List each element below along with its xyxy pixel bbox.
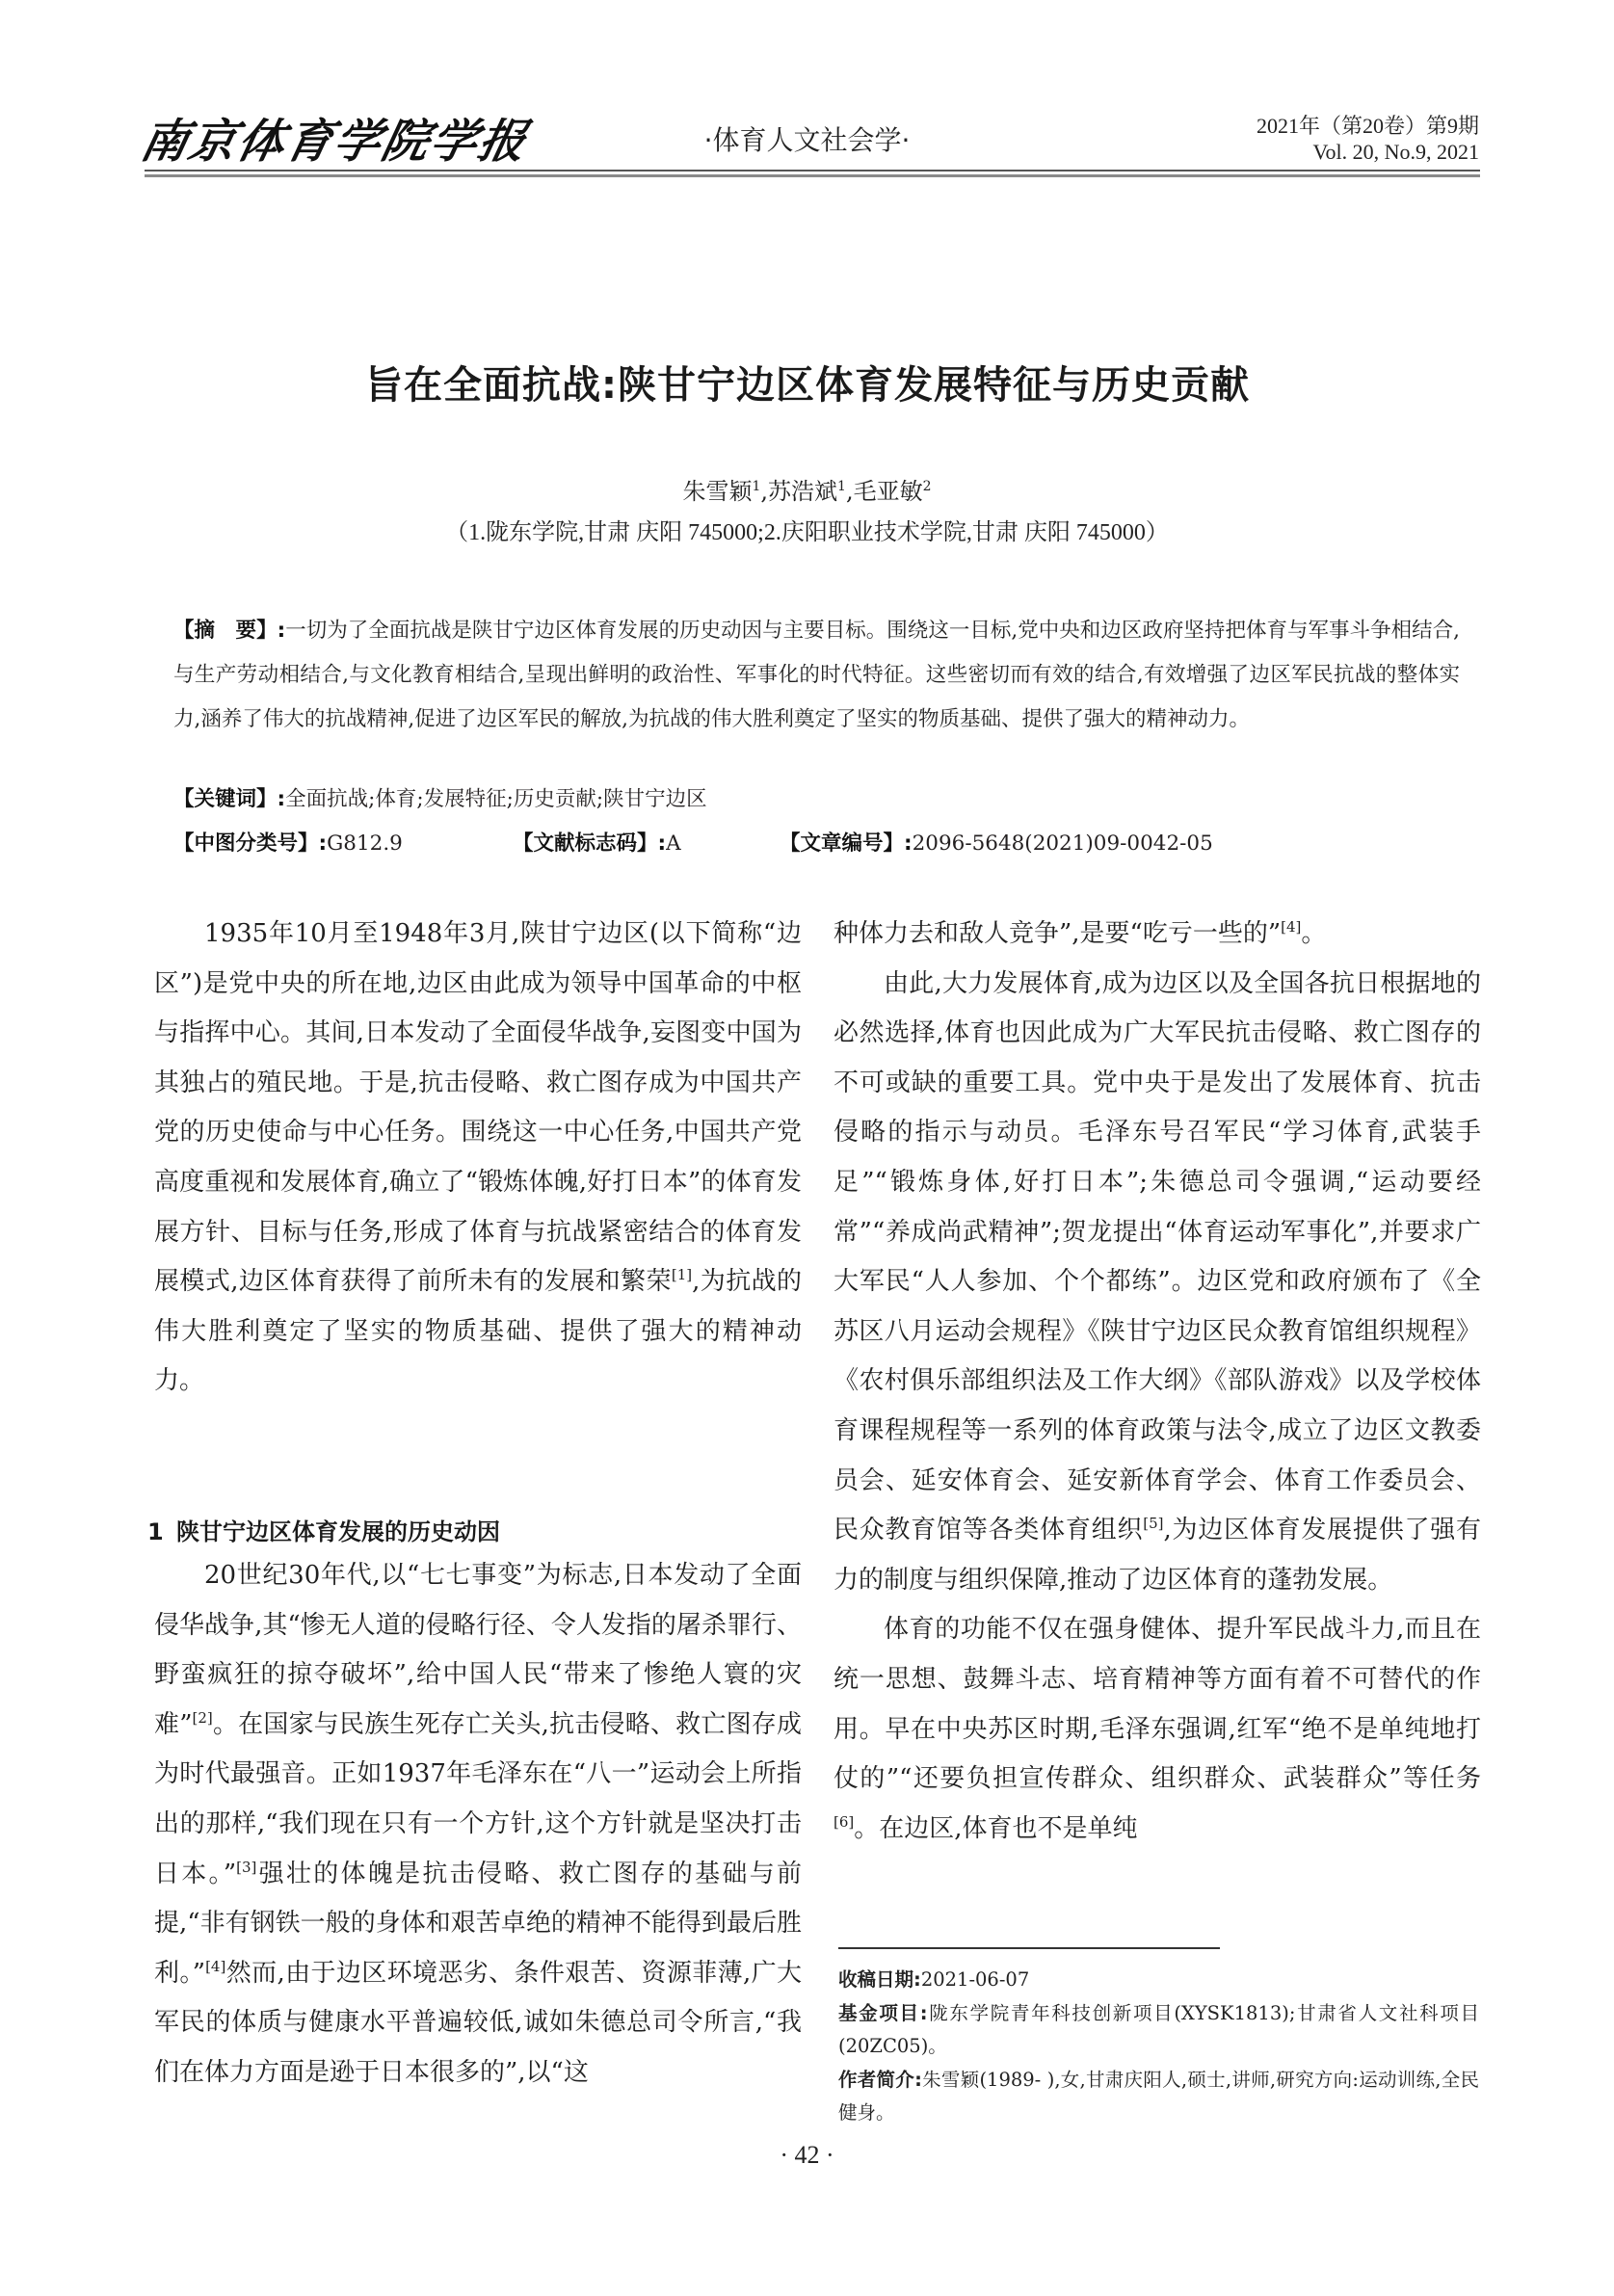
body-left-column-bottom: 20世纪30年代,以“七七事变”为标志,日本发动了全面侵华战争,其“惨无人道的侵… <box>154 1551 802 2098</box>
paragraph-text: 然而,由于边区环境恶劣、条件艰苦、资源菲薄,广大军民的体质与健康水平普遍较低,诚… <box>154 1959 802 2087</box>
keywords-text: 全面抗战;体育;发展特征;历史贡献;陕甘宁边区 <box>285 787 706 811</box>
author-separator: , <box>846 478 854 505</box>
body-paragraph: 20世纪30年代,以“七七事变”为标志,日本发动了全面侵华战争,其“惨无人道的侵… <box>154 1551 802 2098</box>
citation-ref[interactable]: [6] <box>833 1813 854 1831</box>
bio-value: 朱雪颖(1989- ),女,甘肃庆阳人,硕士,讲师,研究方向:运动训练,全民健身… <box>838 2069 1479 2124</box>
paragraph-text: 种体力去和敌人竞争”,是要“吃亏一些的” <box>833 919 1281 948</box>
clc-cell: 【中图分类号】:G812.9 <box>173 827 513 861</box>
citation-ref[interactable]: [2] <box>193 1709 213 1727</box>
author-affil-mark: 2 <box>923 479 932 494</box>
author-name: 毛亚敏 <box>854 478 923 505</box>
body-right-column: 种体力去和敌人竞争”,是要“吃亏一些的”[4]。 由此,大力发展体育,成为边区以… <box>833 910 1481 1854</box>
doc-code-label: 【文献标志码】: <box>513 831 666 856</box>
body-paragraph-continued: 种体力去和敌人竞争”,是要“吃亏一些的”[4]。 <box>833 910 1481 960</box>
paragraph-text: 由此,大力发展体育,成为边区以及全国各抗日根据地的必然选择,体育也因此成为广大军… <box>833 969 1481 1545</box>
doc-code-cell: 【文献标志码】:A <box>513 827 780 861</box>
clc-label: 【中图分类号】: <box>173 831 327 856</box>
paragraph-text: 体育的功能不仅在强身健体、提升军民战斗力,而且在统一思想、鼓舞斗志、培育精神等方… <box>833 1615 1481 1793</box>
issue-info-en: Vol. 20, No.9, 2021 <box>1312 140 1479 165</box>
section-heading: 1陕甘宁边区体育发展的历史动因 <box>147 1513 500 1546</box>
author-affil-mark: 1 <box>837 479 846 494</box>
paragraph-text: 1935年10月至1948年3月,陕甘宁边区(以下简称“边区”)是党中央的所在地… <box>154 919 802 1296</box>
received-label: 收稿日期: <box>838 1968 921 1991</box>
article-no-value: 2096-5648(2021)09-0042-05 <box>913 831 1213 856</box>
paragraph-text: 。在边区,体育也不是单纯 <box>854 1814 1137 1843</box>
section-title: 陕甘宁边区体育发展的历史动因 <box>176 1518 500 1545</box>
journal-logo: 南京体育学院学报 <box>136 104 536 171</box>
keywords-label: 【关键词】: <box>173 787 285 811</box>
author-list: 朱雪颖1,苏浩斌1,毛亚敏2 <box>0 472 1614 506</box>
keywords: 【关键词】:全面抗战;体育;发展特征;历史贡献;陕甘宁边区 <box>173 782 707 817</box>
author-name: 苏浩斌 <box>768 478 837 505</box>
footnote-received: 收稿日期:2021-06-07 <box>838 1964 1479 1997</box>
page-number: · 42 · <box>0 2141 1614 2170</box>
article-no-label: 【文章编号】: <box>780 831 913 856</box>
abstract-text: 一切为了全面抗战是陕甘宁边区体育发展的历史动因与主要目标。围绕这一目标,党中央和… <box>173 619 1460 731</box>
header-rule-bottom <box>145 174 1480 177</box>
body-left-column-top: 1935年10月至1948年3月,陕甘宁边区(以下简称“边区”)是党中央的所在地… <box>154 910 802 1407</box>
header-rule-top <box>145 170 1480 172</box>
body-paragraph: 1935年10月至1948年3月,陕甘宁边区(以下简称“边区”)是党中央的所在地… <box>154 910 802 1407</box>
abstract-label: 【摘 要】: <box>173 619 285 643</box>
citation-ref[interactable]: [4] <box>205 1958 225 1975</box>
abstract: 【摘 要】:一切为了全面抗战是陕甘宁边区体育发展的历史动因与主要目标。围绕这一目… <box>173 609 1460 742</box>
fund-label: 基金项目: <box>838 2002 928 2024</box>
author-name: 朱雪颖 <box>682 478 752 505</box>
footnote-author-bio: 作者简介:朱雪颖(1989- ),女,甘肃庆阳人,硕士,讲师,研究方向:运动训练… <box>838 2064 1479 2130</box>
footnote-divider <box>838 1947 1220 1949</box>
footnote-fund: 基金项目:陇东学院青年科技创新项目(XYSK1813);甘肃省人文社科项目(20… <box>838 1997 1479 2064</box>
body-paragraph: 由此,大力发展体育,成为边区以及全国各抗日根据地的必然选择,体育也因此成为广大军… <box>833 960 1481 1606</box>
author-separator: , <box>760 478 768 505</box>
body-paragraph: 体育的功能不仅在强身健体、提升军民战斗力,而且在统一思想、鼓舞斗志、培育精神等方… <box>833 1605 1481 1854</box>
section-tag: ·体育人文社会学· <box>675 119 939 158</box>
citation-ref[interactable]: [5] <box>1143 1515 1163 1532</box>
issue-info-cn: 2021年（第20卷）第9期 <box>1257 110 1479 140</box>
fund-value: 陇东学院青年科技创新项目(XYSK1813);甘肃省人文社科项目(20ZC05)… <box>838 2002 1479 2058</box>
doc-code-value: A <box>666 831 681 856</box>
section-number: 1 <box>147 1518 176 1545</box>
clc-value: G812.9 <box>327 831 403 856</box>
paragraph-text: 。 <box>1301 919 1326 948</box>
article-no-cell: 【文章编号】:2096-5648(2021)09-0042-05 <box>780 827 1213 861</box>
bio-label: 作者简介: <box>838 2069 922 2091</box>
citation-ref[interactable]: [4] <box>1281 918 1301 936</box>
citation-ref[interactable]: [3] <box>236 1859 256 1876</box>
affiliations: （1.陇东学院,甘肃 庆阳 745000;2.庆阳职业技术学院,甘肃 庆阳 74… <box>0 513 1614 546</box>
article-title: 旨在全面抗战:陕甘宁边区体育发展特征与历史贡献 <box>0 355 1614 409</box>
classification-row: 【中图分类号】:G812.9【文献标志码】:A【文章编号】:2096-5648(… <box>173 827 1213 861</box>
footnotes: 收稿日期:2021-06-07 基金项目:陇东学院青年科技创新项目(XYSK18… <box>838 1964 1479 2130</box>
received-value: 2021-06-07 <box>921 1968 1029 1991</box>
citation-ref[interactable]: [1] <box>672 1266 692 1283</box>
